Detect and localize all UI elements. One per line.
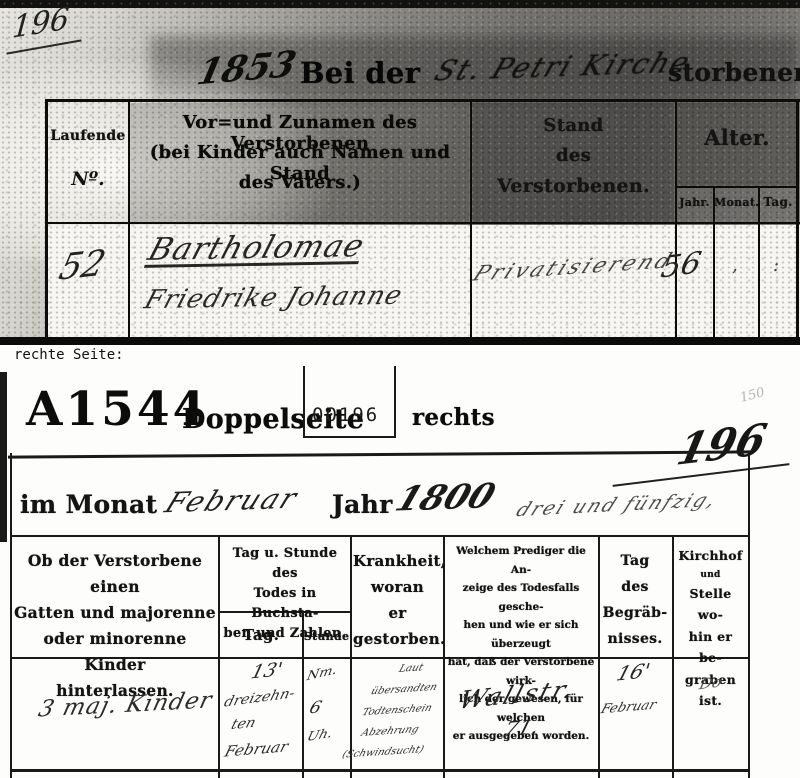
table-border <box>8 450 752 458</box>
header-col6-line3: Stelle wo- <box>675 583 746 626</box>
im-monat-label: im Monat <box>20 490 157 519</box>
header-col5-line1: Tag <box>600 548 670 574</box>
register-scan-page: 196 1853 Bei der St. Petri Kirche storbe… <box>0 0 800 778</box>
header-col4-line1: Welchem Prediger die An- <box>446 542 596 579</box>
left-page-scan: 196 1853 Bei der St. Petri Kirche storbe… <box>0 0 800 337</box>
header-col2-sub-stunde: Stunde <box>303 630 350 643</box>
jahr-label: Jahr <box>332 490 393 519</box>
table-border <box>748 453 750 778</box>
pencil-note: 150 <box>739 385 767 406</box>
entry-tag-word1: dreizehn- <box>222 685 296 710</box>
table-border <box>10 769 750 772</box>
entry-age-years: 56 <box>658 246 704 286</box>
header-col2-line2: Todes in Buchsta- <box>221 584 349 624</box>
header-col4-line2: zeige des Todesfalls gesche- <box>446 579 596 616</box>
table-border <box>675 186 797 188</box>
archive-id: A1544 <box>26 382 208 437</box>
title-fragment: storbenen <box>668 58 800 87</box>
header-col3-line1: Krankheit, <box>353 548 442 574</box>
header-col1-line3: oder minorenne Kinder <box>14 626 216 678</box>
header-laufende-no: Nº. <box>48 168 128 190</box>
title-printed-text: Bei der <box>300 56 420 90</box>
header-alter-monat: Monat. <box>714 196 758 209</box>
table-border <box>45 222 800 224</box>
table-border <box>10 453 12 778</box>
year-handwritten: 1800 <box>390 476 501 519</box>
rechts-label: rechts <box>412 404 495 431</box>
header-laufende: Laufende <box>48 128 128 144</box>
page-number-box-border <box>394 366 396 438</box>
header-namen-line3: des Vaters.) <box>132 172 468 193</box>
header-col3-line2: woran <box>353 574 442 600</box>
header-stand-line3: Verstorbenen. <box>474 175 673 197</box>
table-border <box>45 99 800 102</box>
header-alter-tag: Tag. <box>759 195 797 209</box>
table-border <box>10 535 750 537</box>
header-alter-jahr: Jahr. <box>676 196 713 209</box>
header-col6-line1: Kirchhof <box>675 545 746 567</box>
scan-left-edge-bar <box>0 372 7 542</box>
header-alter: Alter. <box>678 125 796 150</box>
header-stand-line2: des <box>474 145 673 166</box>
entry-tag-word2: ten <box>229 715 258 733</box>
header-col5-line3: Begräb- <box>600 600 670 626</box>
header-col5-line4: nisses. <box>600 626 670 652</box>
table-border <box>675 101 677 337</box>
header-col2-line1: Tag u. Stunde des <box>221 544 349 584</box>
page-divider-bar <box>0 337 800 345</box>
month-handwritten: Februar <box>160 482 303 519</box>
entry-age-days-mark: : <box>773 255 779 276</box>
page-number-box-border <box>303 366 305 438</box>
page-number-box-border <box>303 436 396 438</box>
header-col6-line2: und <box>675 567 746 583</box>
table-border <box>796 101 799 337</box>
entry-tag-numeral: 13' <box>249 659 285 684</box>
year-words-handwritten: drei und fünfzig, <box>513 489 721 521</box>
table-border <box>758 188 760 337</box>
header-col2-sub-tag: Tag. <box>220 626 302 644</box>
header-stand-line1: Stand <box>474 115 673 136</box>
table-border <box>128 101 130 337</box>
header-col4-line3: hen und wie er sich überzeugt <box>446 616 596 653</box>
entry-tag-month: Februar <box>223 737 291 760</box>
table-border <box>470 101 472 337</box>
header-col6-line4: hin er be- <box>675 626 746 669</box>
entry-stunde-line1: Nm. <box>305 663 338 684</box>
stamped-page-number: 00196 <box>312 404 379 426</box>
table-border <box>713 188 715 337</box>
scan-edge-strip <box>0 0 800 8</box>
header-col3-line4: gestorben. <box>353 626 442 652</box>
entry-given-names: Friedrike Johanne <box>141 281 407 315</box>
header-col1-line1: Ob der Verstorbene einen <box>14 548 216 600</box>
header-col3-line3: er <box>353 600 442 626</box>
right-page-number-handwritten: 196 <box>672 414 771 475</box>
table-border <box>672 537 674 778</box>
entry-stunde-line2: 6 <box>307 698 324 718</box>
table-border <box>218 537 220 778</box>
header-col1-line2: Gatten und majorenne <box>14 600 216 626</box>
header-col5-line2: des <box>600 574 670 600</box>
divider-label: rechte Seite: <box>14 347 124 363</box>
entry-surname: Bartholomae <box>144 228 369 268</box>
entry-age-months-mark: , <box>732 255 738 276</box>
entry-stunde-line3: Uh. <box>305 726 334 745</box>
entry-begraebnis-tag: 16' <box>614 658 653 685</box>
entry-begraebnis-monat: Februar <box>599 698 658 718</box>
